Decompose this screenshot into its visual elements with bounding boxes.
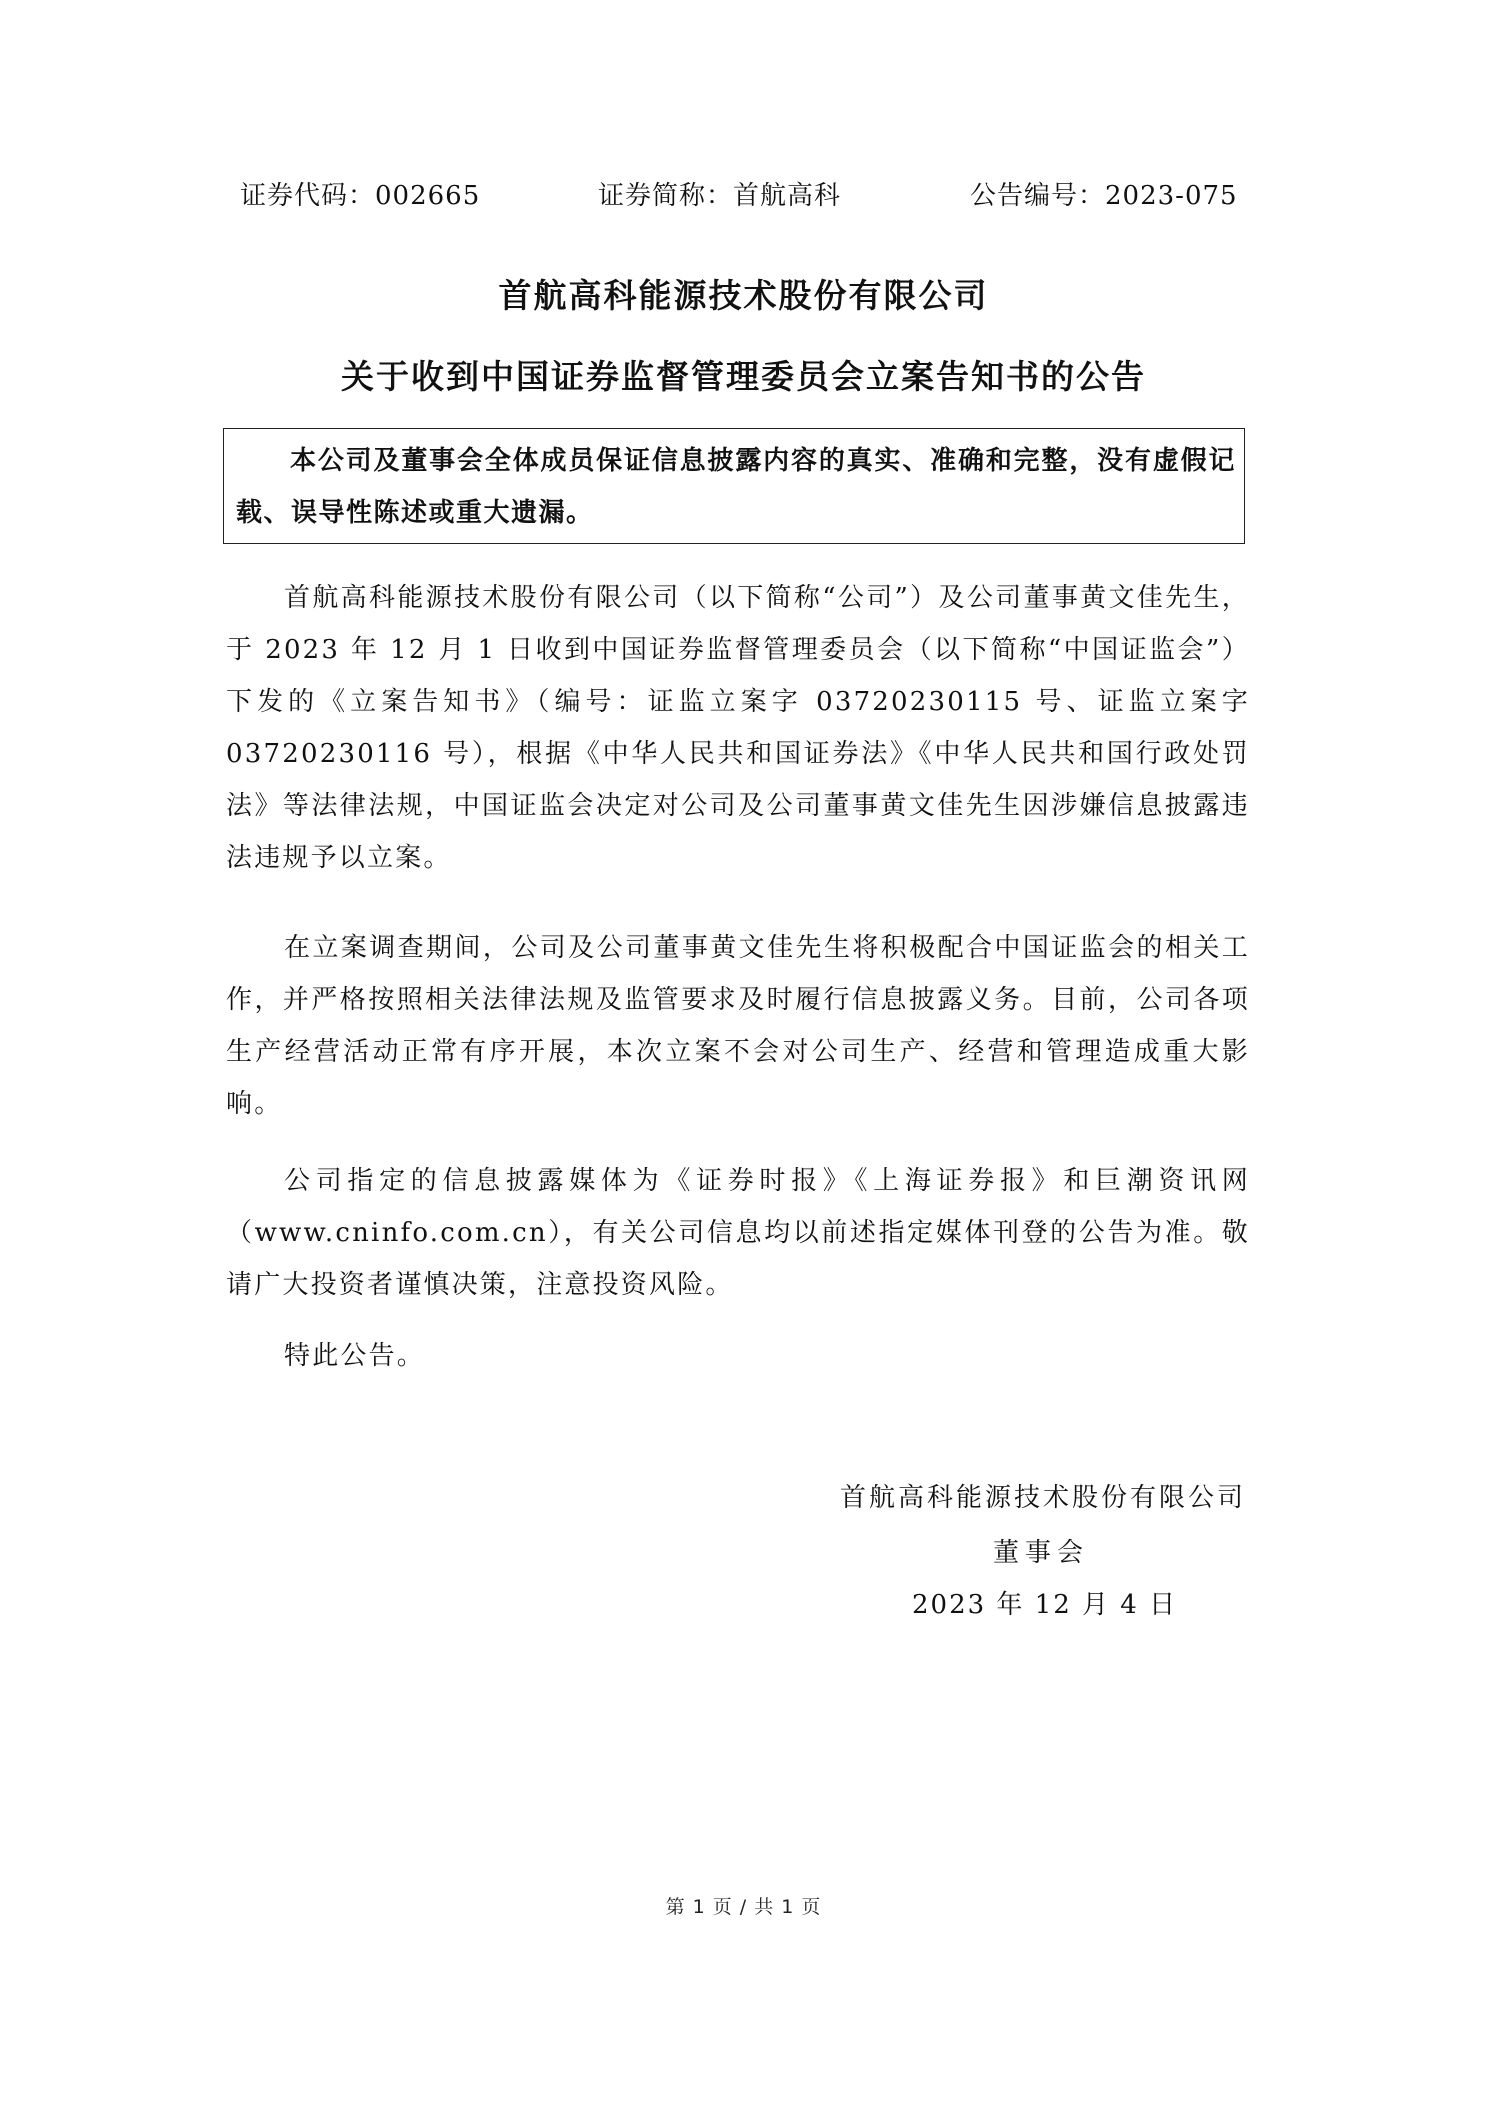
announcement-title: 关于收到中国证券监督管理委员会立案告知书的公告 bbox=[0, 351, 1487, 398]
page-indicator: 第 1 页 / 共 1 页 bbox=[0, 1893, 1487, 1921]
body-paragraph-3: 公司指定的信息披露媒体为《证券时报》《上海证券报》和巨潮资讯网（www.cnin… bbox=[226, 1155, 1250, 1311]
signature-date: 2023 年 12 月 4 日 bbox=[912, 1585, 1177, 1625]
signature-company: 首航高科能源技术股份有限公司 bbox=[840, 1478, 1246, 1518]
body-paragraph-2: 在立案调查期间，公司及公司董事黄文佳先生将积极配合中国证监会的相关工作，并严格按… bbox=[226, 922, 1250, 1130]
company-title: 首航高科能源技术股份有限公司 bbox=[0, 270, 1487, 317]
document-header: 证券代码：002665 证券简称：首航高科 公告编号：2023-075 bbox=[240, 176, 1250, 216]
security-abbreviation: 证券简称：首航高科 bbox=[598, 176, 841, 216]
signature-board: 董事会 bbox=[993, 1533, 1089, 1573]
disclaimer-text: 本公司及董事会全体成员保证信息披露内容的真实、准确和完整，没有虚假记载、误导性陈… bbox=[236, 435, 1236, 539]
closing-statement: 特此公告。 bbox=[226, 1330, 1250, 1382]
announcement-number: 公告编号：2023-075 bbox=[970, 176, 1238, 216]
document-page: 证券代码：002665 证券简称：首航高科 公告编号：2023-075 首航高科… bbox=[0, 0, 1487, 2105]
disclaimer-box: 本公司及董事会全体成员保证信息披露内容的真实、准确和完整，没有虚假记载、误导性陈… bbox=[223, 428, 1245, 544]
security-code: 证券代码：002665 bbox=[240, 176, 480, 216]
body-paragraph-1: 首航高科能源技术股份有限公司（以下简称“公司”）及公司董事黄文佳先生，于 202… bbox=[226, 572, 1250, 884]
